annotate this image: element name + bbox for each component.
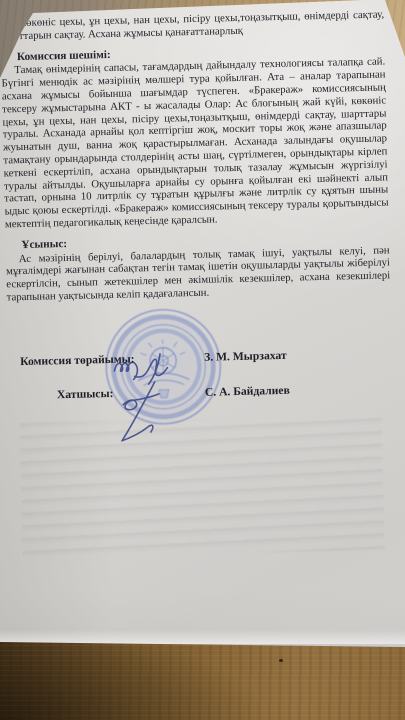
document-paper: үйі, көкөніс цехы, ұн цехы, нан цехы, пі…: [0, 0, 405, 720]
signature-role-chairwoman: Комиссия төрайымы:: [20, 352, 135, 368]
decision-text: Тамақ өнімдерінің сапасы, тағамдардың да…: [1, 56, 389, 231]
signature-stroke: [148, 354, 161, 384]
signature-stroke: [134, 359, 167, 377]
signature-name-secretary: С. А. Байдалиев: [205, 384, 290, 399]
proposal-text: Ас мәзірінің берілуі, балалардың толық т…: [6, 244, 391, 304]
desk-speck: [279, 659, 283, 662]
document-content: үйі, көкөніс цехы, ұн цехы, нан цехы, пі…: [0, 6, 399, 655]
intro-fragment: үйі, көкөніс цехы, ұн цехы, нан цехы, пі…: [0, 8, 384, 43]
signature-name-chairwoman: З. М. Мырзахат: [204, 349, 287, 364]
photo-scene: үйі, көкөніс цехы, ұн цехы, нан цехы, пі…: [0, 0, 405, 720]
signature-role-secretary: Хатшысы:: [57, 387, 114, 401]
